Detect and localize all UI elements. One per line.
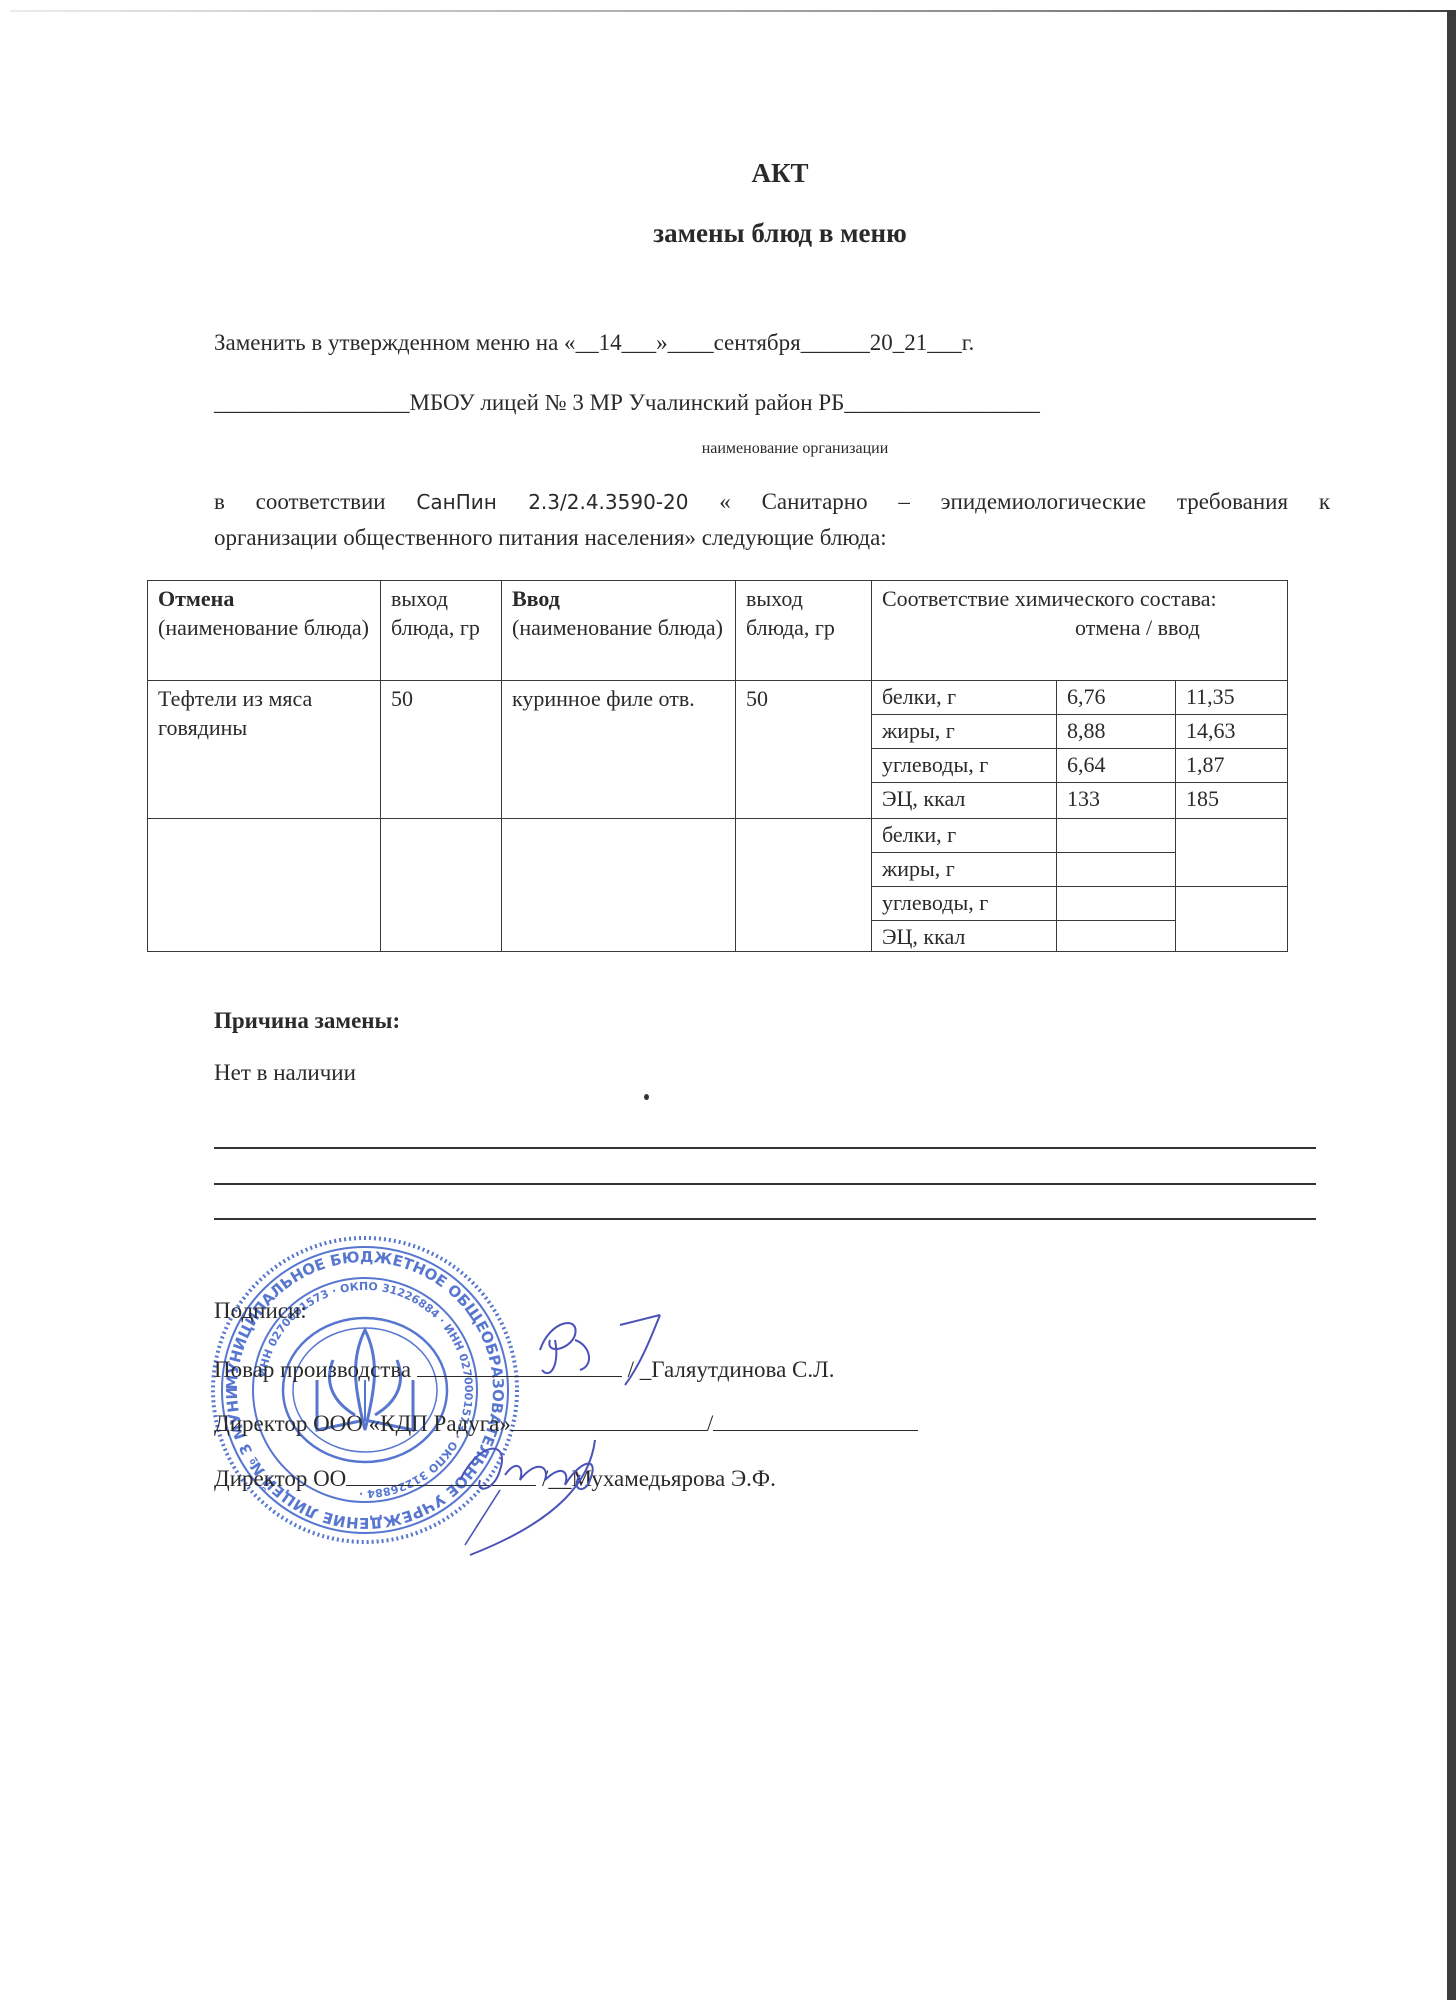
date-year-end: 21 [904,330,927,355]
organization-caption: наименование организации [0,440,1456,458]
document-subtitle: замены блюд в меню [0,218,1456,249]
row2-nutrient-label: жиры, г [871,852,1057,887]
row1-nutrient-label: углеводы, г [871,748,1057,783]
date-prefix: Заменить в утвержденном меню на « [214,330,576,355]
header-cancel-title: Отмена [158,586,234,611]
organization-name: МБОУ лицей № 3 МР Учалинский район РБ [410,390,845,415]
regulation-prefix: в соответствии [214,489,386,514]
header-cancel-subtitle: (наименование блюда) [158,615,369,640]
regulation-paragraph: в соответствии СанПин 2.3/2.4.3590-20 « … [214,484,1330,555]
document-title: АКТ [0,158,1456,189]
organization-line: _________________МБОУ лицей № 3 МР Учали… [214,390,1040,416]
row2-input-yield[interactable] [735,818,872,952]
row1-nutrient-cancel: 6,76 [1056,680,1176,715]
handwritten-signature-director-icon [440,1420,630,1560]
header-input-dish: Ввод(наименование блюда) [501,580,736,681]
reason-value: Нет в наличии [214,1060,356,1086]
row1-nutrient-label: ЭЦ, ккал [871,782,1057,819]
reason-line-1[interactable] [214,1147,1316,1149]
header-cancel-dish: Отмена (наименование блюда) [147,580,381,681]
row2-input-dish[interactable] [501,818,736,952]
row2-cancel-dish[interactable] [147,818,381,952]
row2-nutrient-cancel[interactable] [1056,920,1176,952]
header-input-subtitle: (наименование блюда) [512,615,723,640]
row2-nutrient-input-merged[interactable] [1175,886,1288,952]
row1-nutrient-input: 185 [1175,782,1288,819]
regulation-code: СанПин 2.3/2.4.3590-20 [416,490,688,514]
row1-nutrient-input: 1,87 [1175,748,1288,783]
row2-nutrient-label: углеводы, г [871,886,1057,921]
row1-nutrient-input: 11,35 [1175,680,1288,715]
signatures-label: Подписи: [214,1298,307,1324]
date-day: 14 [599,330,622,355]
row1-nutrient-label: жиры, г [871,714,1057,749]
header-composition: Соответствие химического состава: отмена… [871,580,1288,681]
row2-nutrient-cancel[interactable] [1056,886,1176,921]
scan-edge-top [10,10,1450,12]
row2-cancel-yield[interactable] [380,818,502,952]
reason-line-2[interactable] [214,1183,1316,1185]
row1-nutrient-cancel: 133 [1056,782,1176,819]
signature-role: Директор ОО [214,1466,346,1491]
regulation-title-part2: организации общественного питания населе… [214,520,1330,555]
row1-input-dish: куринное филе отв. [501,680,736,819]
signature-role: Повар производства [214,1357,411,1382]
row1-nutrient-label: белки, г [871,680,1057,715]
row2-nutrient-label: ЭЦ, ккал [871,920,1057,952]
date-year-start: 20 [870,330,893,355]
date-month: сентября [714,330,801,355]
signature-name-field[interactable] [713,1408,918,1431]
row1-input-yield: 50 [735,680,872,819]
row2-nutrient-input-merged[interactable] [1175,818,1288,887]
ink-speck [644,1094,649,1100]
row2-nutrient-cancel[interactable] [1056,818,1176,853]
header-cancel-yield: выход блюда, гр [380,580,502,681]
row1-nutrient-input: 14,63 [1175,714,1288,749]
date-suffix: г. [962,330,975,355]
scan-edge-right [1447,10,1456,2000]
handwritten-signature-cook-icon [520,1310,670,1390]
row1-nutrient-cancel: 8,88 [1056,714,1176,749]
date-line: Заменить в утвержденном меню на «__14___… [214,330,974,356]
row1-nutrient-cancel: 6,64 [1056,748,1176,783]
reason-line-3[interactable] [214,1218,1316,1220]
header-input-title: Ввод [512,586,560,611]
regulation-title-part1: « Санитарно – эпидемиологические требова… [719,489,1330,514]
row1-cancel-dish: Тефтели из мяса говядины [147,680,381,819]
row2-nutrient-cancel[interactable] [1056,852,1176,887]
header-composition-columns: отмена / ввод [1075,613,1200,642]
reason-label: Причина замены: [214,1008,400,1034]
dish-replacement-table: Отмена (наименование блюда) выход блюда,… [147,580,1288,952]
header-composition-label: Соответствие химического состава: [882,586,1217,611]
row2-nutrient-label: белки, г [871,818,1057,853]
row1-cancel-yield: 50 [380,680,502,819]
header-input-yield: выход блюда, гр [735,580,872,681]
